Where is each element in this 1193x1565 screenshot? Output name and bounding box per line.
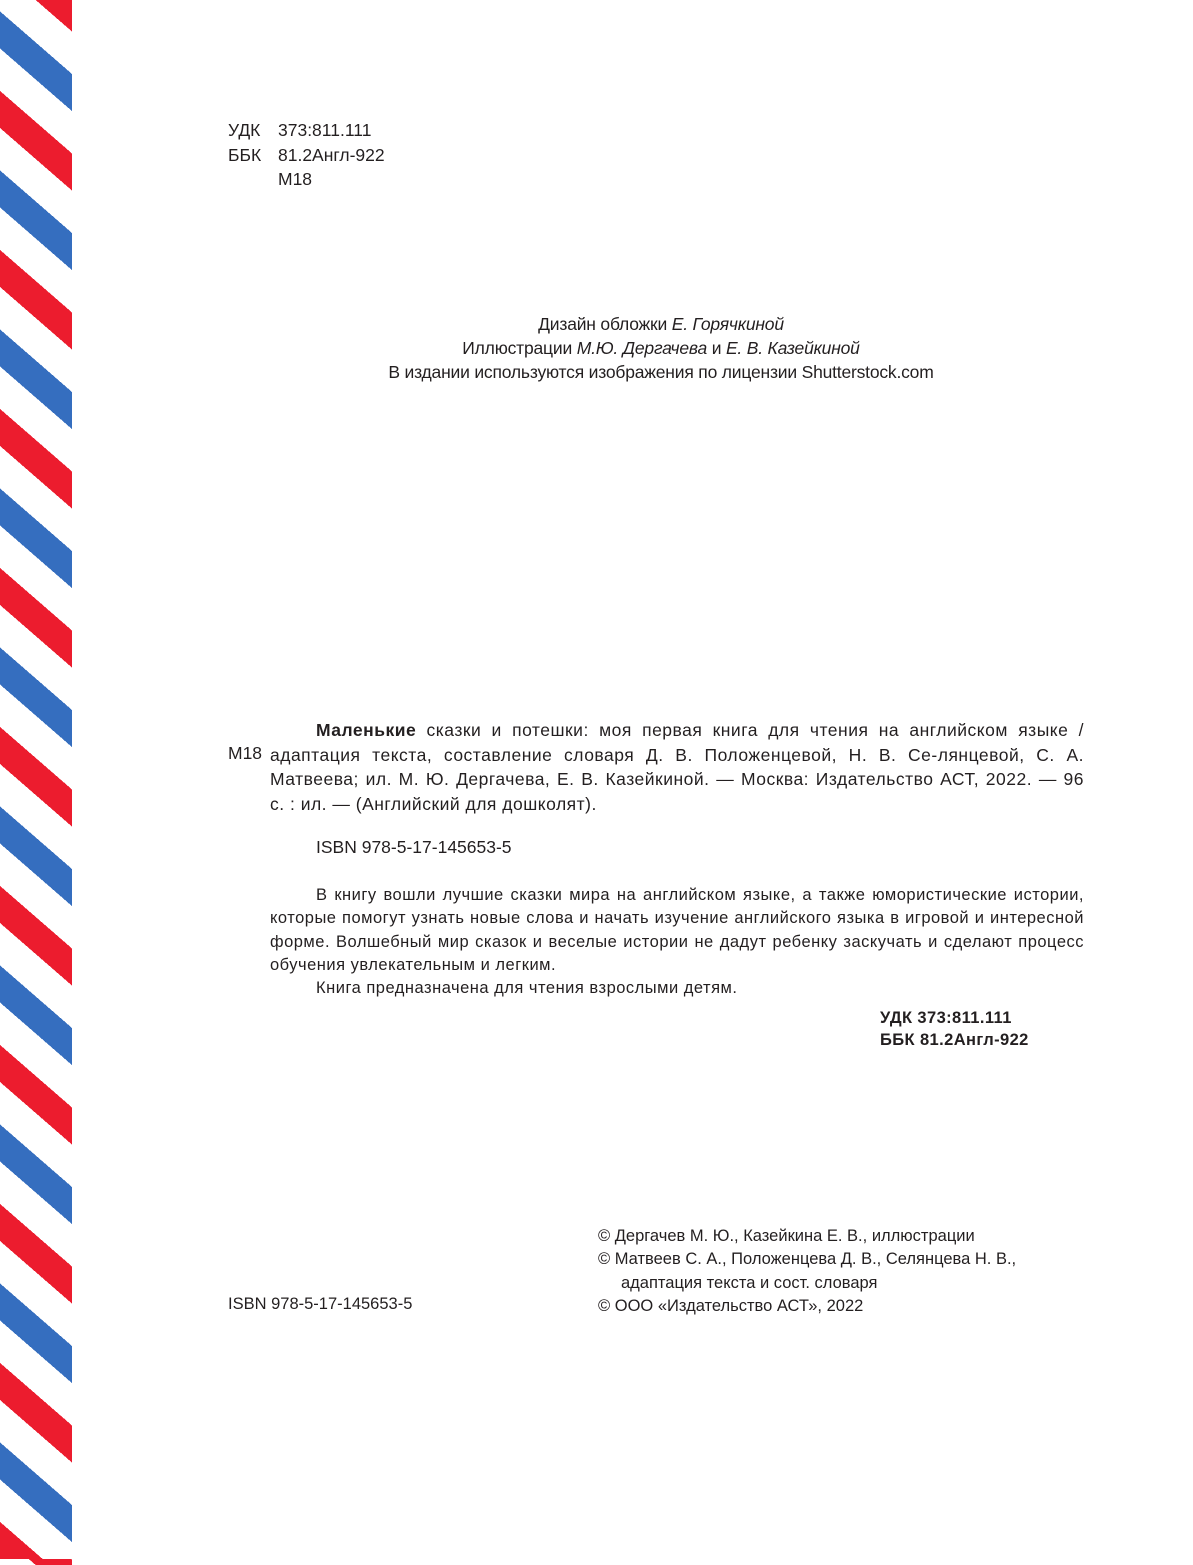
annotation-paragraph-1: В книгу вошли лучшие сказки мира на англ… (270, 884, 1084, 977)
bbk-label: ББК (228, 143, 278, 168)
annotation-paragraph-2: Книга предназначена для чтения взрослыми… (270, 977, 1084, 1000)
biblio-paragraph: Маленькие сказки и потешки: моя первая к… (270, 718, 1084, 816)
copyright-line-2: © Матвеев С. А., Положенцева Д. В., Селя… (598, 1248, 1098, 1271)
illustrator-name-1: М.Ю. Дергачева (577, 338, 707, 358)
biblio-isbn: ISBN 978-5-17-145653-5 (316, 837, 512, 858)
cover-designer-name: Е. Горячкиной (672, 314, 784, 334)
bibliographic-record: Маленькие сказки и потешки: моя первая к… (270, 718, 1084, 816)
airmail-stripe-border (0, 0, 72, 1565)
illustrations-credit: Иллюстрации М.Ю. Дергачева и Е. В. Казей… (240, 336, 1082, 360)
author-mark-value: М18 (278, 167, 312, 192)
license-credit: В издании используются изображения по ли… (240, 360, 1082, 384)
udk-bbk-bold-block: УДК 373:811.111 ББК 81.2Англ-922 (880, 1007, 1029, 1051)
udk-row: УДК 373:811.111 (228, 118, 385, 143)
copyright-line-1: © Дергачев М. Ю., Казейкина Е. В., иллюс… (598, 1225, 1098, 1248)
author-mark-row: М18 (228, 167, 385, 192)
annotation: В книгу вошли лучшие сказки мира на англ… (270, 884, 1084, 1000)
author-mark-label (228, 167, 278, 192)
copyright-line-4: © ООО «Издательство АСТ», 2022 (598, 1295, 1098, 1318)
bbk-value: 81.2Англ-922 (278, 143, 385, 168)
classification-codes: УДК 373:811.111 ББК 81.2Англ-922 М18 (228, 118, 385, 192)
bbk-row: ББК 81.2Англ-922 (228, 143, 385, 168)
illus-and: и (707, 338, 726, 358)
bbk-bold: ББК 81.2Англ-922 (880, 1029, 1029, 1051)
biblio-title-bold: Маленькие (316, 720, 416, 740)
illustrator-name-2: Е. В. Казейкиной (726, 338, 860, 358)
copyright-line-3: адаптация текста и сост. словаря (598, 1272, 1098, 1295)
cover-prefix: Дизайн обложки (538, 314, 672, 334)
copyright-block: © Дергачев М. Ю., Казейкина Е. В., иллюс… (598, 1225, 1098, 1318)
udk-label: УДК (228, 118, 278, 143)
biblio-author-mark: М18 (228, 743, 262, 764)
cover-design-credit: Дизайн обложки Е. Горячкиной (240, 312, 1082, 336)
credits-block: Дизайн обложки Е. Горячкиной Иллюстрации… (240, 312, 1082, 384)
illus-prefix: Иллюстрации (462, 338, 576, 358)
footer-isbn: ISBN 978-5-17-145653-5 (228, 1295, 412, 1314)
udk-value: 373:811.111 (278, 118, 371, 143)
udk-bold: УДК 373:811.111 (880, 1007, 1029, 1029)
